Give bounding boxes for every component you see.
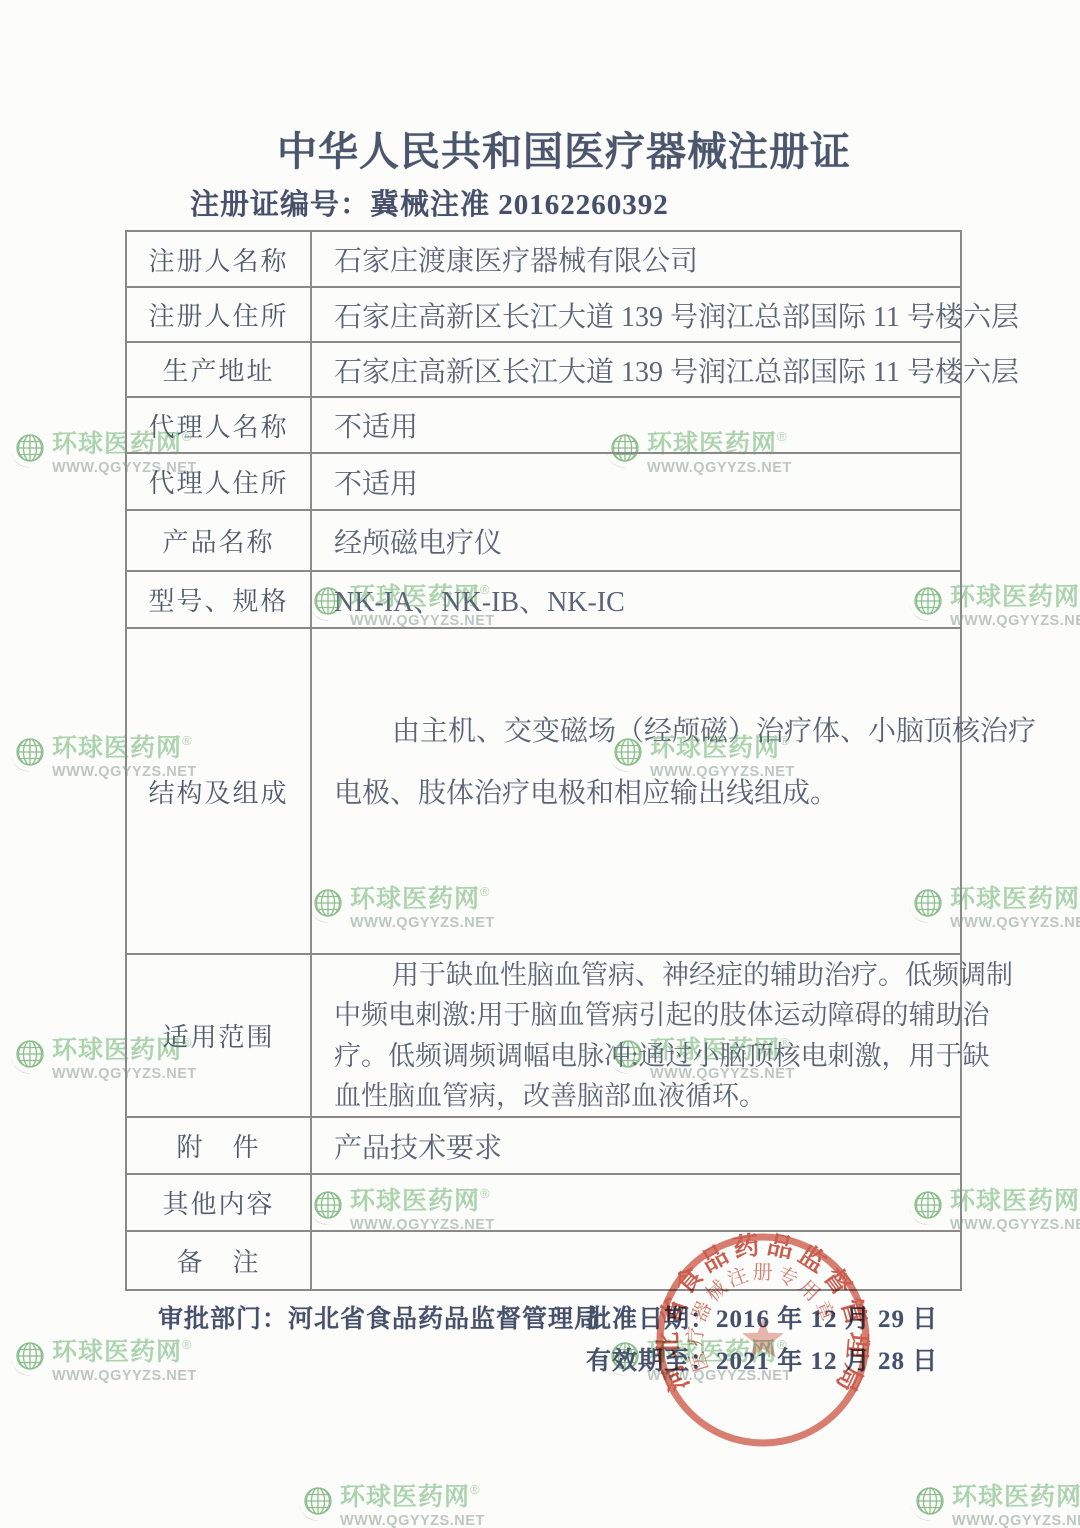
registered-mark-icon: ®	[470, 1482, 480, 1497]
globe-icon	[10, 1038, 46, 1076]
seal-star-icon	[742, 1318, 784, 1358]
row-label: 备 注	[127, 1232, 312, 1289]
watermark-text: 环球医药网® WWW.QGYYZS.NET	[950, 583, 1080, 629]
row-value-text: 电极、肢体治疗电极和相应输出线组成。	[334, 763, 1036, 825]
row-label: 型号、规格	[127, 572, 312, 627]
row-agent-name: 代理人名称 不适用	[127, 398, 960, 454]
row-structure-composition: 结构及组成 由主机、交变磁场（经颅磁）治疗体、小脑顶核治疗 电极、肢体治疗电极和…	[127, 629, 960, 955]
row-value: 不适用	[312, 454, 960, 509]
row-value-text: 产品技术要求	[334, 1126, 948, 1166]
row-model-spec: 型号、规格 NK-IA、NK-IB、NK-IC	[127, 572, 960, 629]
watermark-url: WWW.QGYYZS.NET	[952, 1514, 1080, 1528]
row-value-text: 由主机、交变磁场（经颅磁）治疗体、小脑顶核治疗	[334, 701, 1036, 763]
row-registrant-name: 注册人名称 石家庄渡康医疗器械有限公司	[127, 232, 960, 288]
watermark-url: WWW.QGYYZS.NET	[950, 1218, 1080, 1233]
row-value: 产品技术要求	[312, 1118, 960, 1173]
row-label: 结构及组成	[127, 629, 312, 953]
watermark-url: WWW.QGYYZS.NET	[340, 1514, 485, 1528]
row-label: 注册人住所	[127, 288, 312, 341]
row-value-text: 石家庄高新区长江大道 139 号润江总部国际 11 号楼六层	[334, 295, 1019, 335]
watermark-text: 环球医药网® WWW.QGYYZS.NET	[952, 1483, 1080, 1528]
watermark-brand: 环球医药网	[952, 1483, 1080, 1511]
row-value-text: 经颅磁电疗仪	[334, 521, 948, 561]
watermark-text: 环球医药网® WWW.QGYYZS.NET	[340, 1483, 485, 1528]
certificate-table: 注册人名称 石家庄渡康医疗器械有限公司 注册人住所 石家庄高新区长江大道 139…	[125, 230, 962, 1291]
row-value: 石家庄高新区长江大道 139 号润江总部国际 11 号楼六层	[312, 343, 1031, 396]
row-value: NK-IA、NK-IB、NK-IC	[312, 572, 960, 627]
globe-icon	[910, 1485, 946, 1523]
row-attachment: 附 件 产品技术要求	[127, 1118, 960, 1175]
row-value-text: 用于缺血性脑血管病、神经症的辅助治疗。低频调制	[334, 955, 1013, 996]
watermark-brand: 环球医药网	[950, 1187, 1080, 1215]
seal-ring-text: 河北省食品药品监督管理局	[654, 1230, 873, 1401]
row-value-text: 石家庄渡康医疗器械有限公司	[334, 239, 948, 279]
watermark-url: WWW.QGYYZS.NET	[950, 614, 1080, 629]
registered-mark-icon: ®	[182, 1337, 192, 1352]
row-value-text: 血性脑血管病，改善脑部血液循环。	[334, 1076, 1013, 1117]
watermark-brand: 环球医药网	[340, 1483, 470, 1511]
row-value-text: NK-IA、NK-IB、NK-IC	[334, 580, 948, 620]
row-value-text: 不适用	[334, 462, 948, 502]
svg-text:河北省食品药品监督管理局: 河北省食品药品监督管理局	[654, 1230, 873, 1401]
site-watermark: 环球医药网® WWW.QGYYZS.NET	[10, 1338, 197, 1384]
row-intended-use: 适用范围 用于缺血性脑血管病、神经症的辅助治疗。低频调制 中频电刺激:用于脑血管…	[127, 955, 960, 1118]
globe-icon	[10, 1340, 46, 1378]
row-label: 代理人名称	[127, 398, 312, 452]
row-value: 用于缺血性脑血管病、神经症的辅助治疗。低频调制 中频电刺激:用于脑血管病引起的肢…	[312, 955, 1025, 1116]
row-production-address: 生产地址 石家庄高新区长江大道 139 号润江总部国际 11 号楼六层	[127, 343, 960, 398]
globe-icon	[298, 1485, 334, 1523]
row-value-text: 中频电刺激:用于脑血管病引起的肢体运动障碍的辅助治	[334, 995, 1013, 1036]
page-title: 中华人民共和国医疗器械注册证	[24, 120, 1080, 177]
row-label: 其他内容	[127, 1175, 312, 1230]
watermark-brand: 环球医药网	[950, 583, 1080, 611]
row-label: 代理人住所	[127, 454, 312, 509]
row-value: 经颅磁电疗仪	[312, 511, 960, 570]
official-seal: 河北省食品药品监督管理局 医疗器械注册专用章	[643, 1220, 883, 1460]
watermark-text: 环球医药网® WWW.QGYYZS.NET	[52, 1338, 197, 1384]
globe-icon	[10, 432, 46, 470]
globe-icon	[10, 736, 46, 774]
watermark-url: WWW.QGYYZS.NET	[52, 1369, 197, 1384]
site-watermark: 环球医药网® WWW.QGYYZS.NET	[910, 1483, 1080, 1528]
watermark-text: 环球医药网® WWW.QGYYZS.NET	[950, 1187, 1080, 1233]
row-value-text: 疗。低频调频调幅电脉冲:通过小脑顶核电刺激，用于缺	[334, 1036, 1013, 1077]
row-label: 产品名称	[127, 511, 312, 570]
registration-number: 注册证编号：冀械注准 20162260392	[190, 182, 669, 223]
row-value: 由主机、交变磁场（经颅磁）治疗体、小脑顶核治疗 电极、肢体治疗电极和相应输出线组…	[312, 629, 1048, 953]
row-value: 不适用	[312, 398, 960, 452]
row-label: 注册人名称	[127, 232, 312, 286]
site-watermark: 环球医药网® WWW.QGYYZS.NET	[298, 1483, 485, 1528]
row-label: 生产地址	[127, 343, 312, 396]
certificate-page: 环球医药网® WWW.QGYYZS.NET 环球医药网® WWW.QGYYZS.…	[0, 0, 1080, 1528]
row-value: 石家庄高新区长江大道 139 号润江总部国际 11 号楼六层	[312, 288, 1031, 341]
row-value-text: 不适用	[334, 405, 948, 445]
row-agent-address: 代理人住所 不适用	[127, 454, 960, 511]
row-value: 石家庄渡康医疗器械有限公司	[312, 232, 960, 286]
row-registrant-address: 注册人住所 石家庄高新区长江大道 139 号润江总部国际 11 号楼六层	[127, 288, 960, 343]
row-value-text: 石家庄高新区长江大道 139 号润江总部国际 11 号楼六层	[334, 350, 1019, 390]
row-label: 适用范围	[127, 955, 312, 1116]
row-product-name: 产品名称 经颅磁电疗仪	[127, 511, 960, 572]
approval-department: 审批部门：河北省食品药品监督管理局	[158, 1299, 600, 1335]
watermark-brand: 环球医药网	[52, 1338, 182, 1366]
row-label: 附 件	[127, 1118, 312, 1173]
